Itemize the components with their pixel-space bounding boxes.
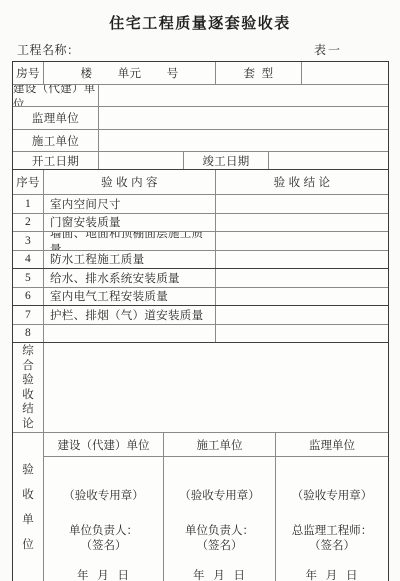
role-block: 单位负责人： （签名） bbox=[185, 524, 254, 554]
item-conclusion-cell bbox=[216, 288, 388, 306]
room-no-value-cell: 楼 单元 号 bbox=[44, 62, 216, 84]
builder-value-cell bbox=[99, 85, 388, 106]
page-title: 住宅工程质量逐套验收表 bbox=[0, 12, 400, 33]
summary-conclusion-cell bbox=[44, 343, 388, 432]
item-no: 7 bbox=[13, 306, 44, 324]
role-block: 总监理工程师： （签名） bbox=[292, 524, 373, 554]
dates-row: 开工日期 竣工日期 bbox=[13, 152, 388, 170]
meta-row: 工程名称： 表一 bbox=[12, 41, 388, 58]
checklist-conclusion-header: 验 收 结 论 bbox=[216, 170, 388, 194]
item-conclusion-cell bbox=[216, 214, 388, 232]
signature-label: （签名） bbox=[292, 539, 373, 554]
table-row: 3 墙面、地面和顶棚面层施工质量 bbox=[13, 232, 388, 251]
item-content: 墙面、地面和顶棚面层施工质量 bbox=[44, 232, 216, 250]
signoff-col-header: 施工单位 bbox=[164, 433, 276, 456]
date-line: 年 月 日 bbox=[193, 567, 246, 581]
finish-date-value-cell bbox=[269, 152, 388, 169]
unit-type-value-cell bbox=[302, 62, 388, 84]
role-block: 单位负责人： （签名） bbox=[69, 524, 138, 554]
item-no: 2 bbox=[13, 214, 44, 232]
supervisor-label: 监理单位 bbox=[13, 107, 99, 129]
date-line: 年 月 日 bbox=[306, 567, 359, 581]
room-row: 房号 楼 单元 号 套 型 bbox=[13, 62, 388, 85]
contractor-label: 施工单位 bbox=[13, 130, 99, 151]
checklist-content-header: 验 收 内 容 bbox=[44, 170, 216, 194]
item-content: 防水工程施工质量 bbox=[44, 251, 216, 269]
item-conclusion-cell bbox=[216, 306, 388, 324]
unit-type-label: 套 型 bbox=[216, 62, 302, 84]
item-content: 给水、排水系统安装质量 bbox=[44, 269, 216, 287]
signoff-section: 验收单位 建设（代建）单位 施工单位 监理单位 （验收专用章） 单位负责人： （… bbox=[13, 433, 388, 581]
signoff-cell-contractor: （验收专用章） 单位负责人： （签名） 年 月 日 bbox=[164, 457, 276, 581]
table-row: 6 室内电气工程安装质量 bbox=[13, 288, 388, 307]
item-content bbox=[44, 325, 216, 343]
builder-label: 建设（代建）单位 bbox=[13, 85, 99, 106]
table-row: 7 护栏、排烟（气）道安装质量 bbox=[13, 306, 388, 325]
item-conclusion-cell bbox=[216, 195, 388, 213]
item-conclusion-cell bbox=[216, 325, 388, 343]
item-content: 室内电气工程安装质量 bbox=[44, 288, 216, 306]
supervisor-row: 监理单位 bbox=[13, 107, 388, 130]
summary-row: 综合验收结论 bbox=[13, 343, 388, 433]
table-number-label: 表一 bbox=[314, 41, 388, 58]
table-row: 1 室内空间尺寸 bbox=[13, 195, 388, 214]
start-date-label: 开工日期 bbox=[13, 152, 99, 169]
role-label: 总监理工程师： bbox=[292, 524, 373, 539]
summary-label: 综合验收结论 bbox=[21, 344, 35, 431]
seal-text: （验收专用章） bbox=[179, 487, 260, 503]
finish-date-label: 竣工日期 bbox=[184, 152, 269, 169]
signature-label: （签名） bbox=[69, 539, 138, 554]
signoff-body-row: （验收专用章） 单位负责人： （签名） 年 月 日 （验收专用章） 单位负责人：… bbox=[44, 457, 388, 581]
table-row: 5 给水、排水系统安装质量 bbox=[13, 269, 388, 288]
seal-text: （验收专用章） bbox=[292, 487, 373, 503]
item-no: 4 bbox=[13, 251, 44, 269]
document-page: 住宅工程质量逐套验收表 工程名称： 表一 房号 楼 单元 号 套 型 建设（代建… bbox=[0, 0, 400, 581]
contractor-row: 施工单位 bbox=[13, 130, 388, 152]
role-label: 单位负责人： bbox=[185, 524, 254, 539]
signoff-label-cell: 验收单位 bbox=[13, 433, 44, 581]
signoff-cell-builder: （验收专用章） 单位负责人： （签名） 年 月 日 bbox=[44, 457, 164, 581]
item-no: 8 bbox=[13, 325, 44, 343]
supervisor-value-cell bbox=[99, 107, 388, 129]
seal-text: （验收专用章） bbox=[63, 487, 144, 503]
room-no-label: 房号 bbox=[13, 62, 44, 84]
item-content: 门窗安装质量 bbox=[44, 214, 216, 232]
item-no: 5 bbox=[13, 269, 44, 287]
table-row: 2 门窗安装质量 bbox=[13, 214, 388, 233]
builder-row: 建设（代建）单位 bbox=[13, 85, 388, 107]
role-label: 单位负责人： bbox=[69, 524, 138, 539]
signature-label: （签名） bbox=[185, 539, 254, 554]
signoff-cell-supervisor: （验收专用章） 总监理工程师： （签名） 年 月 日 bbox=[276, 457, 388, 581]
start-date-value-cell bbox=[99, 152, 184, 169]
item-content: 护栏、排烟（气）道安装质量 bbox=[44, 306, 216, 324]
item-content: 室内空间尺寸 bbox=[44, 195, 216, 213]
signoff-grid: 建设（代建）单位 施工单位 监理单位 （验收专用章） 单位负责人： （签名） 年… bbox=[44, 433, 388, 581]
item-no: 1 bbox=[13, 195, 44, 213]
acceptance-form-table: 房号 楼 单元 号 套 型 建设（代建）单位 监理单位 施工单位 开工日期 竣工… bbox=[12, 61, 389, 581]
checklist-header-row: 序号 验 收 内 容 验 收 结 论 bbox=[13, 170, 388, 195]
date-line: 年 月 日 bbox=[77, 567, 130, 581]
item-no: 6 bbox=[13, 288, 44, 306]
signoff-header-row: 建设（代建）单位 施工单位 监理单位 bbox=[44, 433, 388, 457]
signoff-col-header: 监理单位 bbox=[276, 433, 388, 456]
signoff-col-header: 建设（代建）单位 bbox=[44, 433, 164, 456]
table-row: 4 防水工程施工质量 bbox=[13, 251, 388, 270]
item-no: 3 bbox=[13, 232, 44, 250]
item-conclusion-cell bbox=[216, 232, 388, 250]
item-conclusion-cell bbox=[216, 269, 388, 287]
summary-label-cell: 综合验收结论 bbox=[13, 343, 44, 432]
item-conclusion-cell bbox=[216, 251, 388, 269]
signoff-label: 验收单位 bbox=[21, 458, 35, 558]
contractor-value-cell bbox=[99, 130, 388, 151]
checklist-no-header: 序号 bbox=[13, 170, 44, 194]
table-row: 8 bbox=[13, 325, 388, 344]
project-name-label: 工程名称： bbox=[12, 41, 80, 58]
